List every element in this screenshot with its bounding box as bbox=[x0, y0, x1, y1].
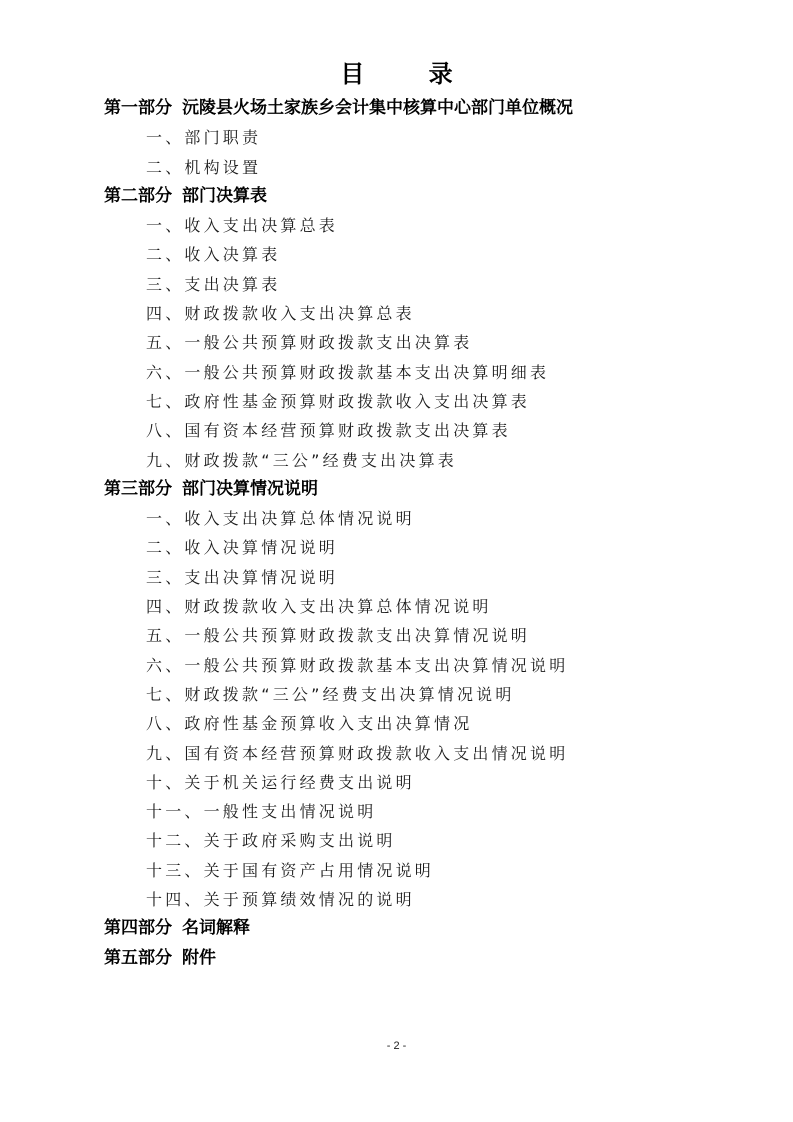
toc-item[interactable]: 三、支出决算情况说明 bbox=[104, 563, 764, 592]
toc-item[interactable]: 九、财政拨款“三公”经费支出决算表 bbox=[104, 446, 764, 475]
toc-item[interactable]: 十四、关于预算绩效情况的说明 bbox=[104, 885, 764, 914]
toc-item[interactable]: 四、财政拨款收入支出决算总表 bbox=[104, 299, 764, 328]
toc-item[interactable]: 四、财政拨款收入支出决算总体情况说明 bbox=[104, 592, 764, 621]
page-number: - 2 - bbox=[0, 1040, 793, 1052]
toc-item[interactable]: 十一、一般性支出情况说明 bbox=[104, 797, 764, 826]
toc-section-5[interactable]: 第五部分附件 bbox=[104, 944, 764, 973]
toc-item[interactable]: 七、政府性基金预算财政拨款收入支出决算表 bbox=[104, 387, 764, 416]
section-title: 部门决算表 bbox=[182, 186, 267, 206]
section-number: 第五部分 bbox=[104, 948, 172, 968]
toc-item[interactable]: 八、国有资本经营预算财政拨款支出决算表 bbox=[104, 416, 764, 445]
toc-item[interactable]: 二、收入决算情况说明 bbox=[104, 533, 764, 562]
toc-item[interactable]: 八、政府性基金预算收入支出决算情况 bbox=[104, 709, 764, 738]
toc-item[interactable]: 十三、关于国有资产占用情况说明 bbox=[104, 856, 764, 885]
toc-section-3[interactable]: 第三部分部门决算情况说明 bbox=[104, 475, 764, 504]
section-number: 第一部分 bbox=[104, 98, 172, 118]
toc-item[interactable]: 六、一般公共预算财政拨款基本支出决算情况说明 bbox=[104, 651, 764, 680]
toc-item[interactable]: 二、收入决算表 bbox=[104, 240, 764, 269]
toc-item[interactable]: 十二、关于政府采购支出说明 bbox=[104, 826, 764, 855]
toc-item[interactable]: 五、一般公共预算财政拨款支出决算表 bbox=[104, 328, 764, 357]
section-number: 第三部分 bbox=[104, 479, 172, 499]
table-of-contents: 第一部分沅陵县火场土家族乡会计集中核算中心部门单位概况 一、部门职责 二、机构设… bbox=[104, 94, 764, 973]
toc-item[interactable]: 一、部门职责 bbox=[104, 123, 764, 152]
page-title: 目 录 bbox=[0, 54, 793, 89]
toc-item[interactable]: 六、一般公共预算财政拨款基本支出决算明细表 bbox=[104, 358, 764, 387]
toc-item[interactable]: 七、财政拨款“三公”经费支出决算情况说明 bbox=[104, 680, 764, 709]
toc-section-2[interactable]: 第二部分部门决算表 bbox=[104, 182, 764, 211]
section-title: 名词解释 bbox=[182, 918, 250, 938]
toc-item[interactable]: 九、国有资本经营预算财政拨款收入支出情况说明 bbox=[104, 739, 764, 768]
toc-section-1[interactable]: 第一部分沅陵县火场土家族乡会计集中核算中心部门单位概况 bbox=[104, 94, 764, 123]
section-title: 附件 bbox=[182, 948, 216, 968]
toc-item[interactable]: 十、关于机关运行经费支出说明 bbox=[104, 768, 764, 797]
toc-item[interactable]: 五、一般公共预算财政拨款支出决算情况说明 bbox=[104, 621, 764, 650]
toc-section-4[interactable]: 第四部分名词解释 bbox=[104, 914, 764, 943]
toc-item[interactable]: 二、机构设置 bbox=[104, 153, 764, 182]
section-title: 部门决算情况说明 bbox=[182, 479, 318, 499]
toc-item[interactable]: 三、支出决算表 bbox=[104, 270, 764, 299]
toc-item[interactable]: 一、收入支出决算总表 bbox=[104, 211, 764, 240]
section-number: 第二部分 bbox=[104, 186, 172, 206]
section-title: 沅陵县火场土家族乡会计集中核算中心部门单位概况 bbox=[182, 98, 573, 118]
section-number: 第四部分 bbox=[104, 918, 172, 938]
toc-item[interactable]: 一、收入支出决算总体情况说明 bbox=[104, 504, 764, 533]
